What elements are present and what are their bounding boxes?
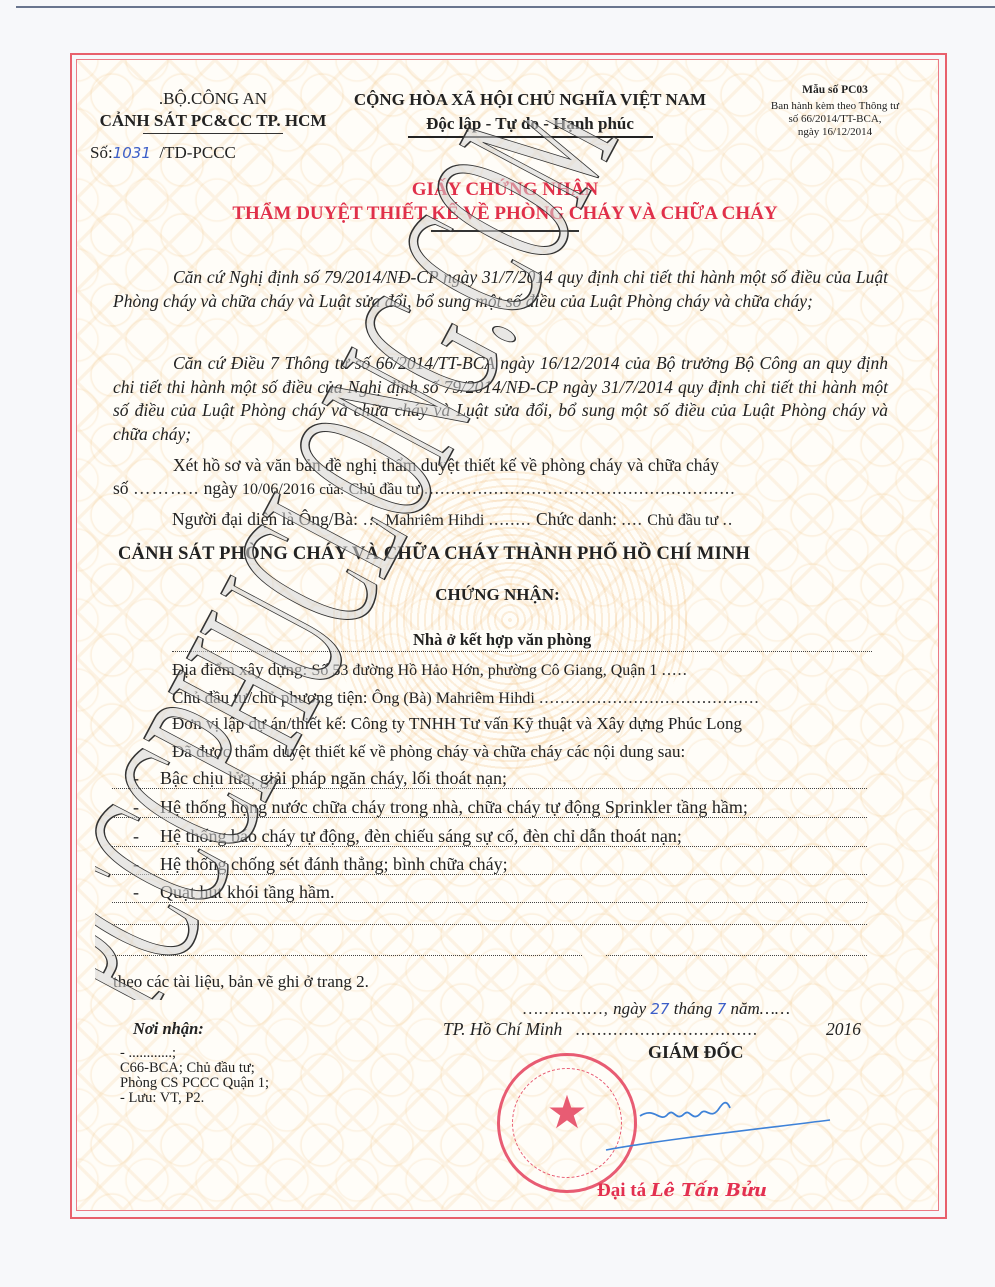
- location-value: Số 53 đường Hồ Hảo Hớn, phường Cô Giang,…: [312, 662, 658, 679]
- ngay-label: ngày: [204, 478, 238, 498]
- approved-item: -Hệ thống báo cháy tự động, đèn chiếu sá…: [112, 826, 682, 847]
- recipients-list: - ............;C66-BCA; Chủ đầu tư;Phòng…: [120, 1046, 269, 1106]
- form-reference: Mẫu số PC03 Ban hành kèm theo Thông tư s…: [755, 84, 915, 139]
- application-line: số ……….. ngày 10/06/2016 của: Chủ đầu tư…: [113, 478, 736, 499]
- project-name-text: Nhà ở kết hợp văn phòng: [413, 630, 591, 649]
- cua-label: của:: [319, 482, 344, 498]
- title-line-2: THẨM DUYỆT THIẾT KẾ VỀ PHÒNG CHÁY VÀ CHỮ…: [150, 202, 860, 226]
- so-label: số: [113, 478, 129, 498]
- signer-fullname: Lê Tấn Bửu: [651, 1180, 767, 1201]
- signing-year: 2016: [826, 1019, 861, 1040]
- approved-item: -Hệ thống chống sét đánh thẳng; bình chữ…: [112, 854, 508, 875]
- review-text: Xét hồ sơ và văn bản đề nghị thẩm duyệt …: [173, 455, 719, 475]
- applicant: Chủ đầu tư: [349, 481, 420, 498]
- issuing-authority: .BỘ.CÔNG AN CẢNH SÁT PC&CC TP. HCM: [78, 88, 348, 134]
- day-value: 27: [650, 1000, 669, 1018]
- legal-basis-2: Căn cứ Điều 7 Thông tư số 66/2014/TT-BCA…: [113, 352, 888, 446]
- dotted-line: [606, 955, 867, 956]
- certifying-agency: CẢNH SÁT PHÒNG CHÁY VÀ CHỮA CHÁY THÀNH P…: [118, 544, 750, 565]
- document-number: Số:1031 /TD-PCCC: [90, 143, 236, 163]
- so-dots: ………..: [133, 478, 199, 498]
- owner-value: Ông (Bà) Mahriêm Hihdi: [372, 690, 535, 707]
- form-ref-line: Ban hành kèm theo Thông tư: [755, 100, 915, 113]
- number-suffix: /TD-PCCC: [159, 143, 236, 162]
- handwritten-number: 1031: [113, 144, 151, 162]
- designer-label: Đơn vị lập dự án/thiết kế:: [172, 714, 346, 733]
- nation-name: CỘNG HÒA XÃ HỘI CHỦ NGHĨA VIỆT NAM: [330, 88, 730, 112]
- recipient-line: Phòng CS PCCC Quận 1;: [120, 1076, 269, 1091]
- dotted-line: [112, 902, 867, 903]
- divider: [431, 230, 579, 232]
- designer-line: Đơn vị lập dự án/thiết kế: Công ty TNHH …: [172, 714, 742, 734]
- agency-name: CẢNH SÁT PC&CC TP. HCM: [78, 110, 348, 132]
- approved-item: -Quạt hút khói tầng hầm.: [112, 882, 334, 903]
- approved-item-text: Hệ thống chống sét đánh thẳng; bình chữa…: [160, 854, 508, 874]
- month-value: 7: [717, 1000, 727, 1018]
- dotted-line: [112, 955, 582, 956]
- dotted-line: [112, 874, 867, 875]
- form-ref-line: ngày 16/12/2014: [755, 126, 915, 139]
- closing-reference: theo các tài liệu, bản vẽ ghi ở trang 2.: [113, 972, 369, 992]
- certificate-title: GIẤY CHỨNG NHẬN THẨM DUYỆT THIẾT KẾ VỀ P…: [150, 178, 860, 232]
- owner-line: Chủ đầu tư/chủ phương tiện: Ông (Bà) Mah…: [172, 688, 760, 708]
- divider: [408, 136, 653, 138]
- dotted-line: [112, 924, 867, 925]
- place-dots: ..................................: [575, 1019, 758, 1039]
- dotted-line: [172, 651, 872, 652]
- month-label: tháng: [674, 999, 713, 1018]
- national-motto: Độc lập - Tự do - Hạnh phúc: [330, 112, 730, 136]
- signer-rank: Đại tá: [597, 1180, 646, 1201]
- approved-item-text: Bậc chịu lửa, giải pháp ngăn cháy, lối t…: [160, 768, 507, 788]
- date-dots: ……………,: [523, 999, 609, 1018]
- ministry-name: .BỘ.CÔNG AN: [78, 88, 348, 110]
- rep-label: Người đại diện là Ông/Bà:: [172, 509, 358, 529]
- scan-edge: [16, 6, 995, 8]
- recipient-line: C66-BCA; Chủ đầu tư;: [120, 1061, 269, 1076]
- title-label: Chức danh:: [536, 509, 617, 529]
- approved-item-text: Hệ thống báo cháy tự động, đèn chiếu sán…: [160, 826, 682, 846]
- title-line-1: GIẤY CHỨNG NHẬN: [150, 178, 860, 202]
- legal-basis-text: Căn cứ Điều 7 Thông tư số 66/2014/TT-BCA…: [113, 353, 888, 444]
- day-label: ngày: [613, 999, 646, 1018]
- certifies-label: CHỨNG NHẬN:: [0, 585, 995, 605]
- review-clause: Xét hồ sơ và văn bản đề nghị thẩm duyệt …: [113, 454, 888, 478]
- national-header: CỘNG HÒA XÃ HỘI CHỦ NGHĨA VIỆT NAM Độc l…: [330, 88, 730, 138]
- number-label: Số:: [90, 143, 113, 162]
- place-value: TP. Hồ Chí Minh: [443, 1019, 562, 1039]
- dotted-line: [112, 788, 867, 789]
- dotted-line: [112, 817, 867, 818]
- construction-location: Địa điểm xây dựng: Số 53 đường Hồ Hảo Hớ…: [172, 660, 688, 680]
- signing-date: ……………, ngày 27 tháng 7 năm……: [523, 999, 790, 1019]
- signature-scribble: [600, 1088, 880, 1158]
- bullet-dash: -: [112, 768, 160, 789]
- representative-name: Mahriêm Hihdi: [385, 512, 484, 529]
- signer-name: Đại tá Lê Tấn Bửu: [597, 1180, 767, 1202]
- recipient-line: - Lưu: VT, P2.: [120, 1091, 269, 1106]
- approved-item: -Hệ thống họng nước chữa cháy trong nhà,…: [112, 797, 748, 818]
- signing-place: TP. Hồ Chí Minh ........................…: [443, 1019, 758, 1040]
- approved-item-text: Hệ thống họng nước chữa cháy trong nhà, …: [160, 797, 748, 817]
- form-ref-line: số 66/2014/TT-BCA,: [755, 113, 915, 126]
- application-date: 10/06/2016: [242, 481, 315, 498]
- bullet-dash: -: [112, 854, 160, 875]
- designer-value: Công ty TNHH Tư vấn Kỹ thuật và Xây dựng…: [351, 714, 742, 733]
- bullet-dash: -: [112, 797, 160, 818]
- approved-item: -Bậc chịu lửa, giải pháp ngăn cháy, lối …: [112, 768, 507, 789]
- bullet-dash: -: [112, 826, 160, 847]
- recipients-heading: Nơi nhận:: [133, 1019, 204, 1039]
- project-name: Nhà ở kết hợp văn phòng: [410, 630, 594, 650]
- form-number: Mẫu số PC03: [755, 84, 915, 97]
- representative-line: Người đại diện là Ông/Bà: … Mahriêm Hihd…: [172, 509, 733, 530]
- year-label: năm……: [731, 999, 791, 1018]
- divider: [143, 133, 283, 134]
- legal-basis-1: Căn cứ Nghị định số 79/2014/NĐ-CP ngày 3…: [113, 266, 888, 313]
- dotted-line: [112, 846, 867, 847]
- approved-intro: Đã được thẩm duyệt thiết kế về phòng chá…: [172, 742, 685, 762]
- location-label: Địa điểm xây dựng:: [172, 660, 307, 679]
- legal-basis-text: Căn cứ Nghị định số 79/2014/NĐ-CP ngày 3…: [113, 267, 888, 311]
- owner-label: Chủ đầu tư/chủ phương tiện:: [172, 688, 368, 707]
- approved-item-text: Quạt hút khói tầng hầm.: [160, 882, 334, 902]
- bullet-dash: -: [112, 882, 160, 903]
- representative-title: Chủ đầu tư: [647, 512, 718, 529]
- recipient-line: - ............;: [120, 1046, 269, 1061]
- signer-position: GIÁM ĐỐC: [648, 1042, 744, 1063]
